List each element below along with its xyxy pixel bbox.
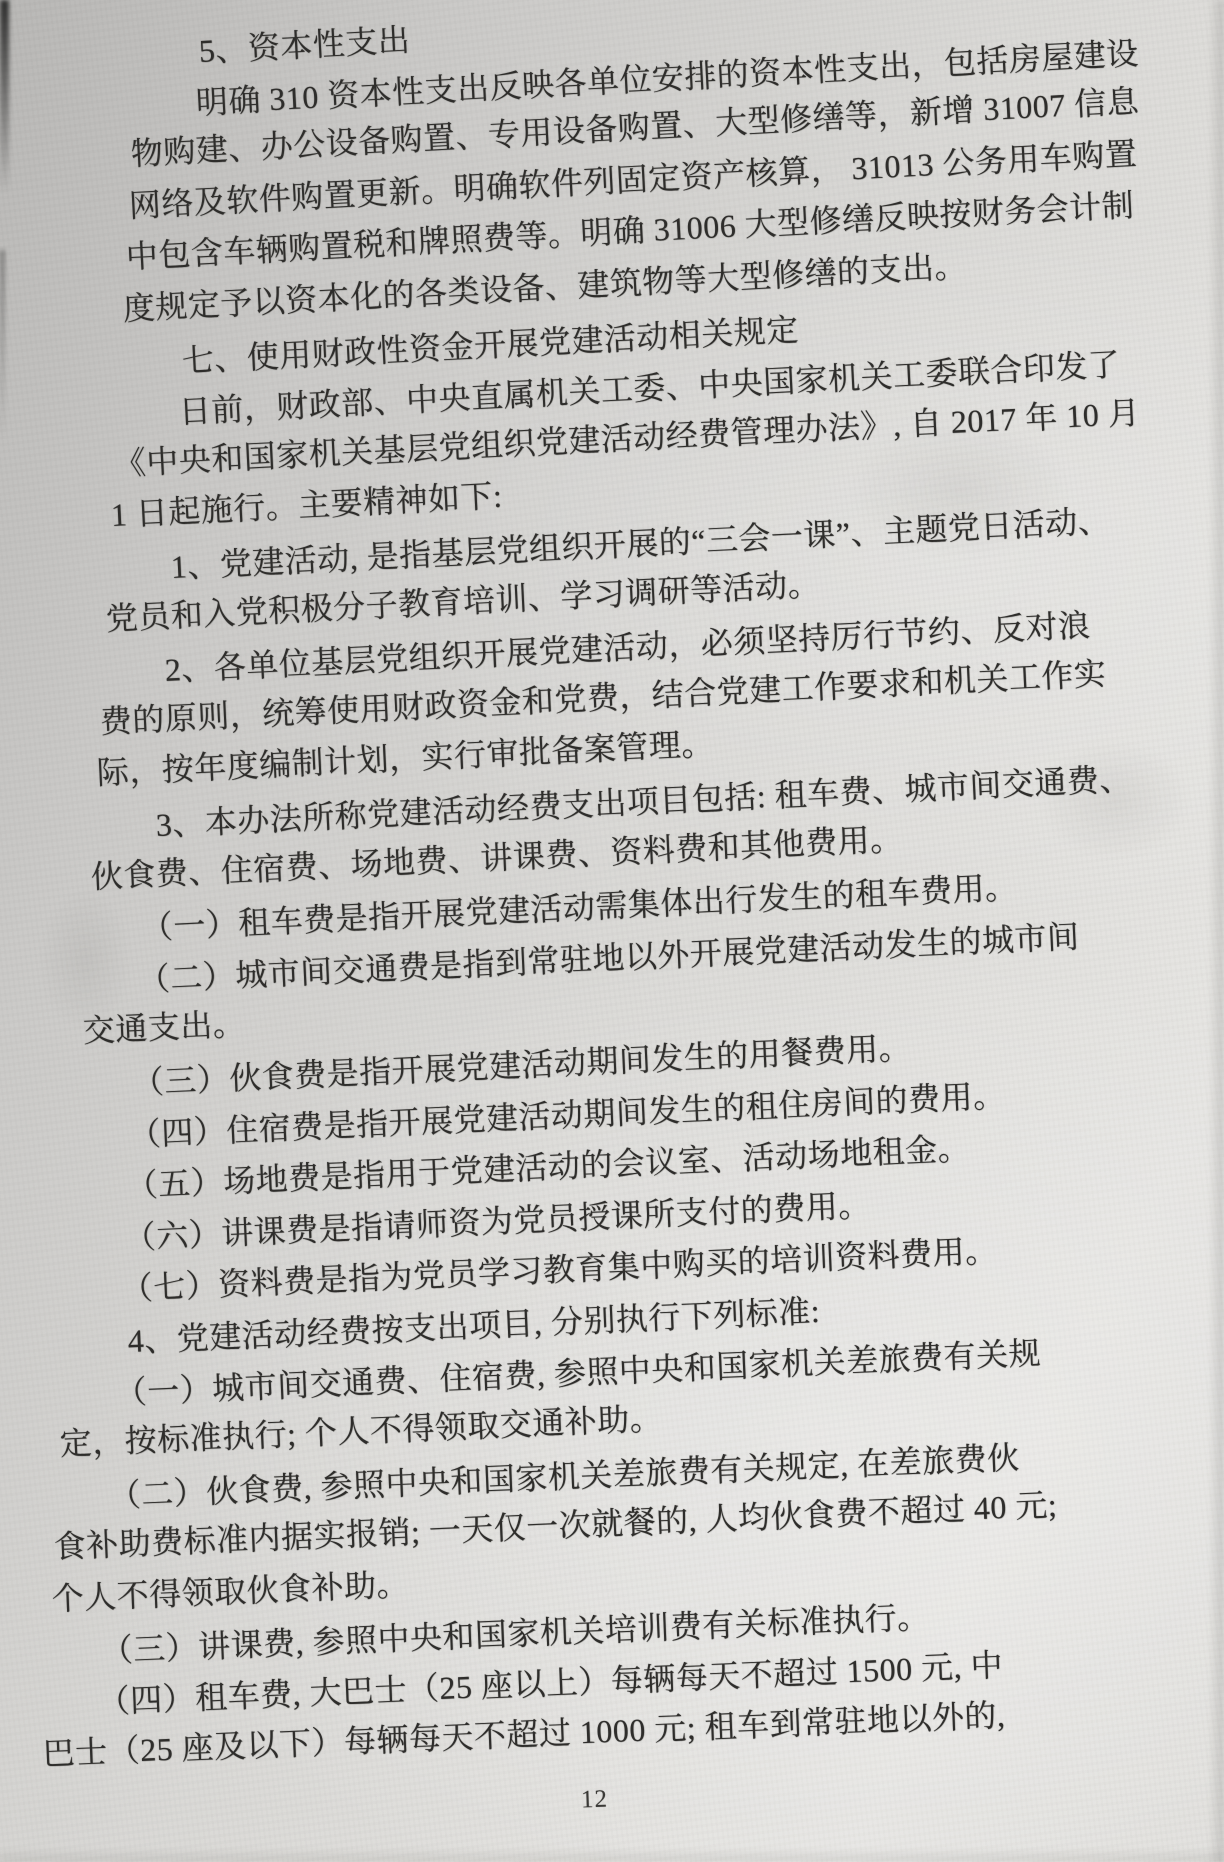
photo-edge-shadow bbox=[0, 250, 5, 440]
scanned-document-page: 5、资本性支出明确 310 资本性支出反映各单位安排的资本性支出，包括房屋建设物… bbox=[0, 0, 1224, 1862]
text-line: 1 日起施行。主要精神如下: bbox=[110, 478, 503, 533]
page-footer-number: 12 bbox=[581, 1786, 609, 1815]
photo-edge-shadow bbox=[1208, 0, 1224, 1862]
text-line: 5、资本性支出 bbox=[198, 22, 411, 69]
photo-edge-shadow bbox=[0, 1848, 1224, 1862]
text-layer: 5、资本性支出明确 310 资本性支出反映各单位安排的资本性支出，包括房屋建设物… bbox=[0, 0, 1224, 1862]
photo-edge-shadow bbox=[0, 0, 9, 210]
text-line: 定，按标准执行; 个人不得领取交通补助。 bbox=[59, 1400, 663, 1462]
text-line: 交通支出。 bbox=[82, 1006, 246, 1049]
text-line: 个人不得领取伙食补助。 bbox=[51, 1566, 410, 1617]
